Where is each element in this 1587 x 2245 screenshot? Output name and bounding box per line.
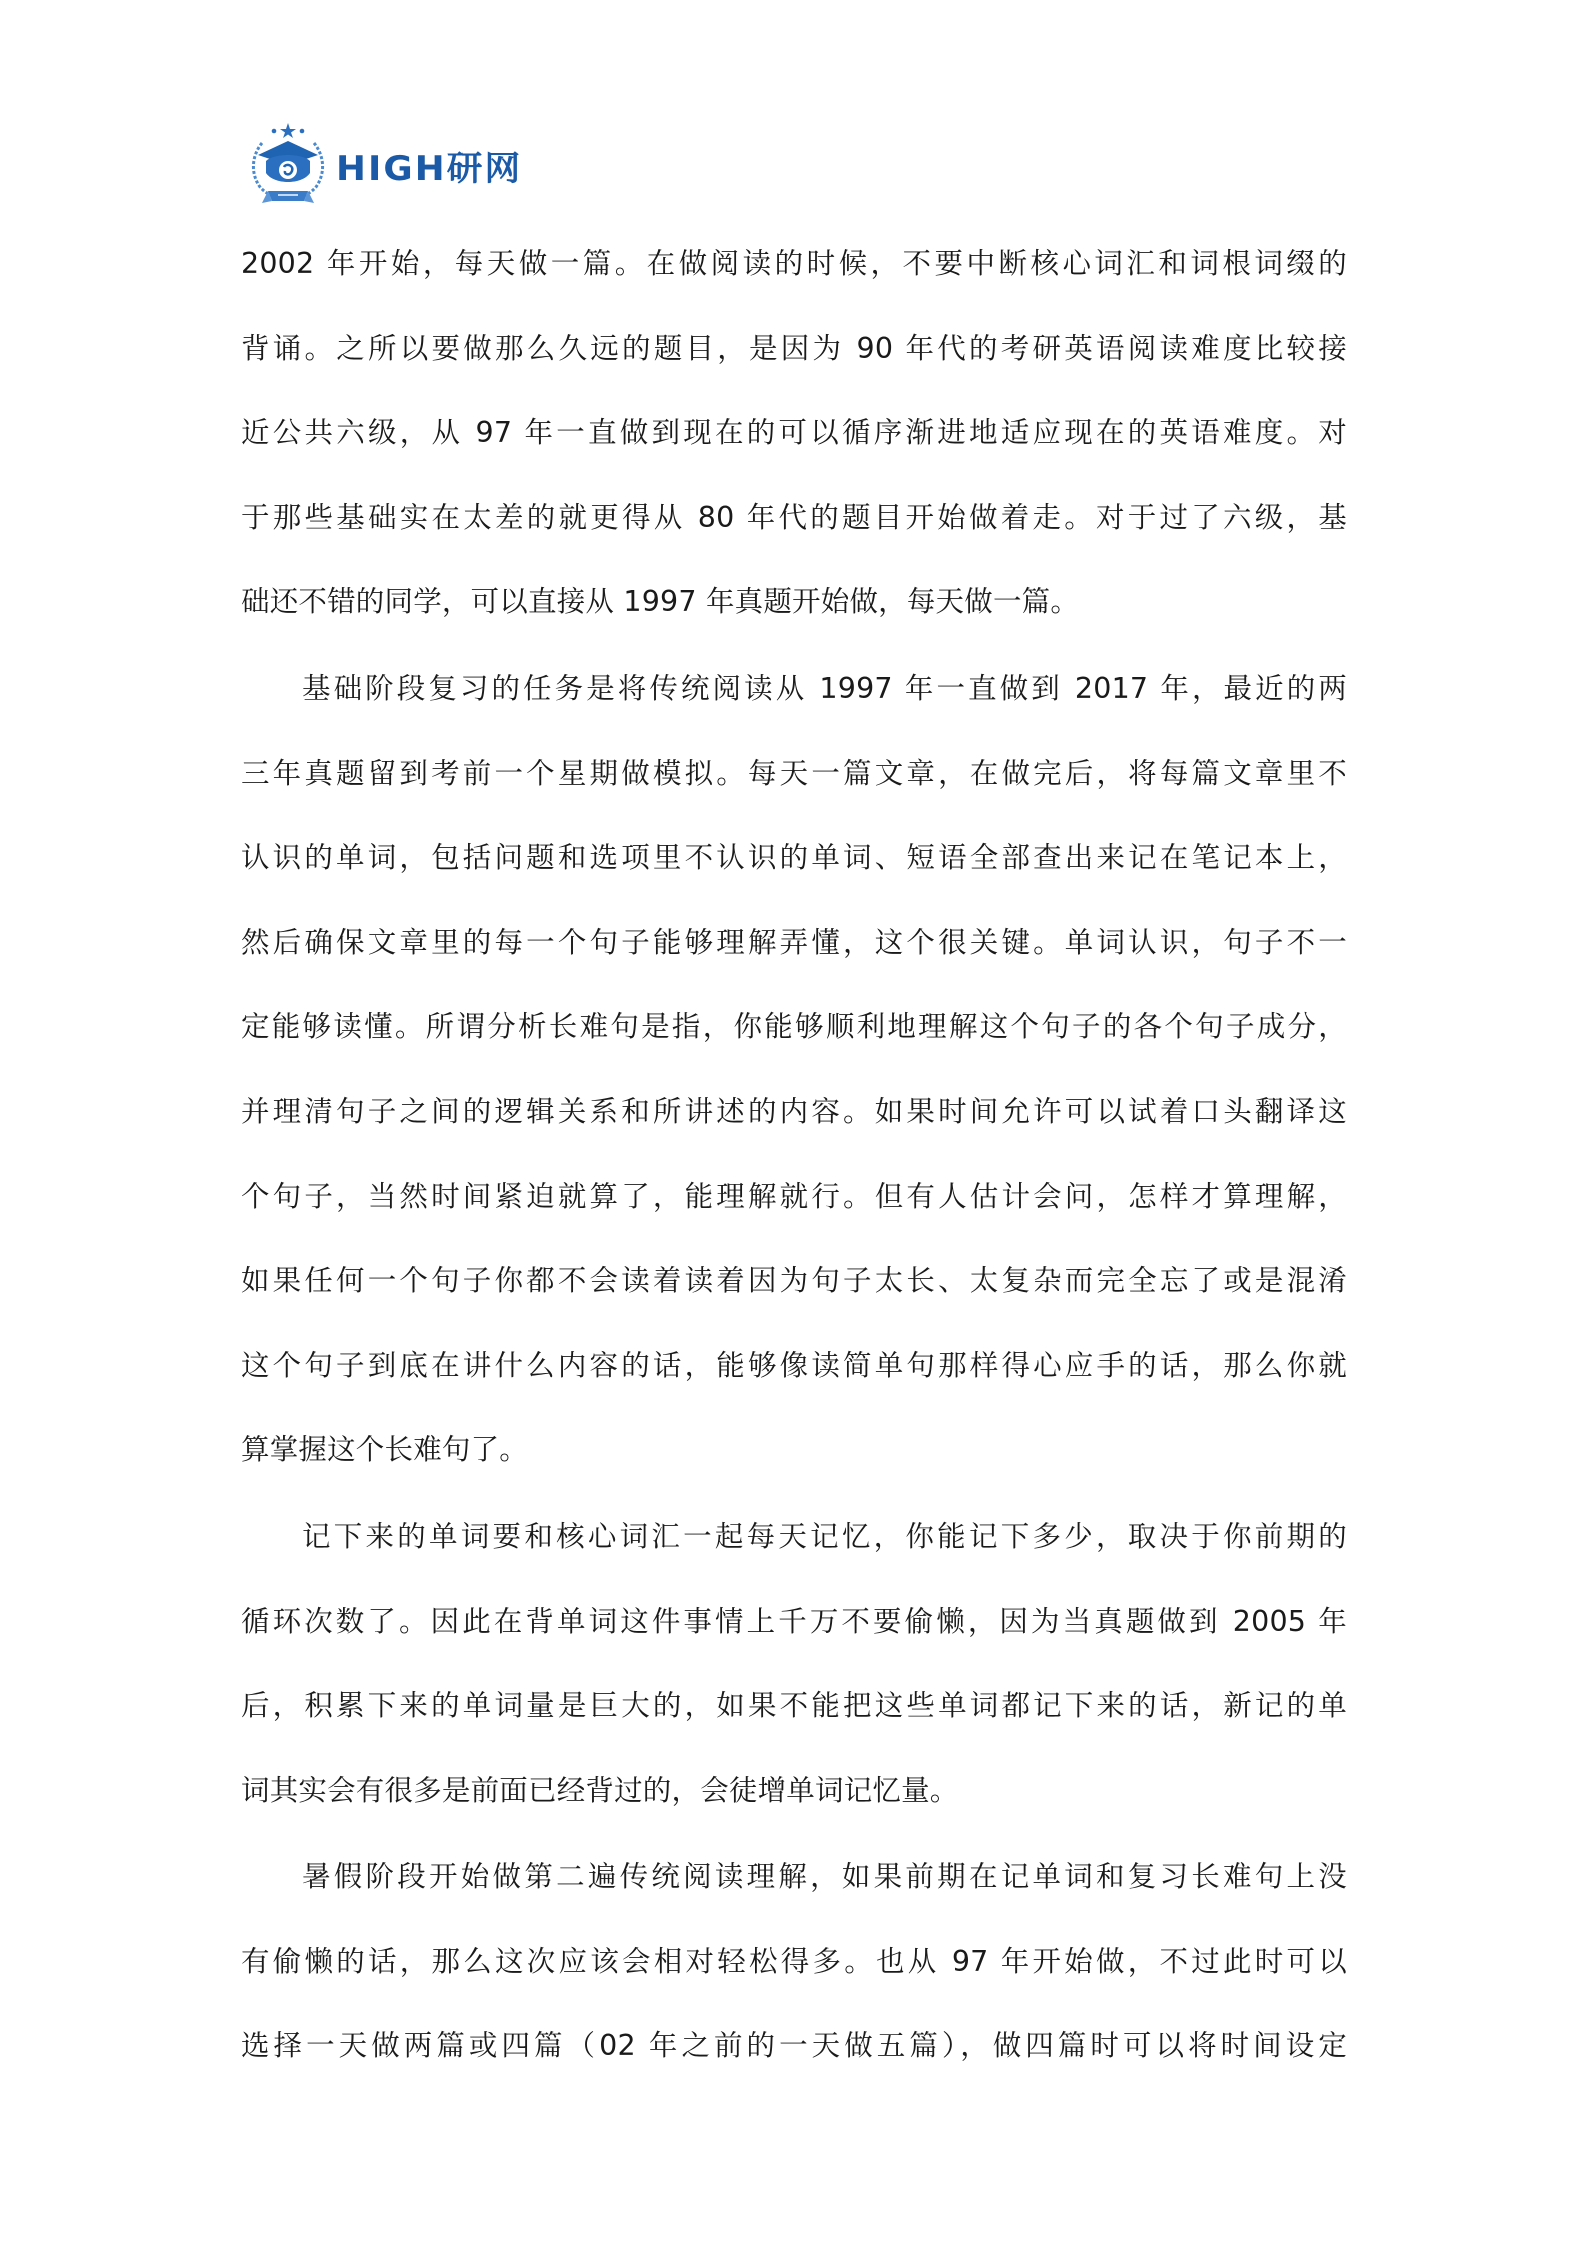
document-body: 2002 年开始，每天做一篇。在做阅读的时候，不要中断核心词汇和词根词缀的 背诵…: [241, 222, 1347, 2089]
text-line: 础还不错的同学，可以直接从 1997 年真题开始做，每天做一篇。: [241, 560, 1347, 645]
paragraph-1: 2002 年开始，每天做一篇。在做阅读的时候，不要中断核心词汇和词根词缀的 背诵…: [241, 222, 1347, 645]
text-line: 于那些基础实在太差的就更得从 80 年代的题目开始做着走。对于过了六级，基: [241, 476, 1347, 561]
text-line: 记下来的单词要和核心词汇一起每天记忆，你能记下多少，取决于你前期的: [241, 1495, 1347, 1580]
text-line: 背诵。之所以要做那么久远的题目，是因为 90 年代的考研英语阅读难度比较接: [241, 307, 1347, 392]
text-line: 暑假阶段开始做第二遍传统阅读理解，如果前期在记单词和复习长难句上没: [241, 1835, 1347, 1920]
graduation-cap-emblem-icon: [244, 121, 332, 209]
header-logo: HIGH研网: [244, 120, 513, 210]
paragraph-3: 记下来的单词要和核心词汇一起每天记忆，你能记下多少，取决于你前期的 循环次数了。…: [241, 1495, 1347, 1833]
text-line: 认识的单词，包括问题和选项里不认识的单词、短语全部查出来记在笔记本上，: [241, 816, 1347, 901]
text-line: 然后确保文章里的每一个句子能够理解弄懂，这个很关键。单词认识，句子不一: [241, 901, 1347, 986]
text-line: 如果任何一个句子你都不会读着读着因为句子太长、太复杂而完全忘了或是混淆: [241, 1239, 1347, 1324]
text-line: 后，积累下来的单词量是巨大的，如果不能把这些单词都记下来的话，新记的单: [241, 1664, 1347, 1749]
text-line: 循环次数了。因此在背单词这件事情上千万不要偷懒，因为当真题做到 2005 年: [241, 1580, 1347, 1665]
text-line: 选择一天做两篇或四篇（02 年之前的一天做五篇），做四篇时可以将时间设定: [241, 2004, 1347, 2089]
text-line: 三年真题留到考前一个星期做模拟。每天一篇文章，在做完后，将每篇文章里不: [241, 732, 1347, 817]
text-line: 近公共六级，从 97 年一直做到现在的可以循序渐进地适应现在的英语难度。对: [241, 391, 1347, 476]
text-line: 个句子，当然时间紧迫就算了，能理解就行。但有人估计会问，怎样才算理解，: [241, 1155, 1347, 1240]
text-line: 算掌握这个长难句了。: [241, 1408, 1347, 1493]
document-page: HIGH研网 2002 年开始，每天做一篇。在做阅读的时候，不要中断核心词汇和词…: [0, 0, 1587, 2245]
text-line: 词其实会有很多是前面已经背过的，会徒增单词记忆量。: [241, 1749, 1347, 1834]
text-line: 定能够读懂。所谓分析长难句是指，你能够顺利地理解这个句子的各个句子成分，: [241, 985, 1347, 1070]
paragraph-4: 暑假阶段开始做第二遍传统阅读理解，如果前期在记单词和复习长难句上没 有偷懒的话，…: [241, 1835, 1347, 2089]
text-line: 2002 年开始，每天做一篇。在做阅读的时候，不要中断核心词汇和词根词缀的: [241, 222, 1347, 307]
text-line: 这个句子到底在讲什么内容的话，能够像读简单句那样得心应手的话，那么你就: [241, 1324, 1347, 1409]
paragraph-2: 基础阶段复习的任务是将传统阅读从 1997 年一直做到 2017 年，最近的两 …: [241, 647, 1347, 1493]
text-line: 基础阶段复习的任务是将传统阅读从 1997 年一直做到 2017 年，最近的两: [241, 647, 1347, 732]
logo-text: HIGH研网: [336, 141, 522, 190]
text-line: 并理清句子之间的逻辑关系和所讲述的内容。如果时间允许可以试着口头翻译这: [241, 1070, 1347, 1155]
text-line: 有偷懒的话，那么这次应该会相对轻松得多。也从 97 年开始做，不过此时可以: [241, 1920, 1347, 2005]
